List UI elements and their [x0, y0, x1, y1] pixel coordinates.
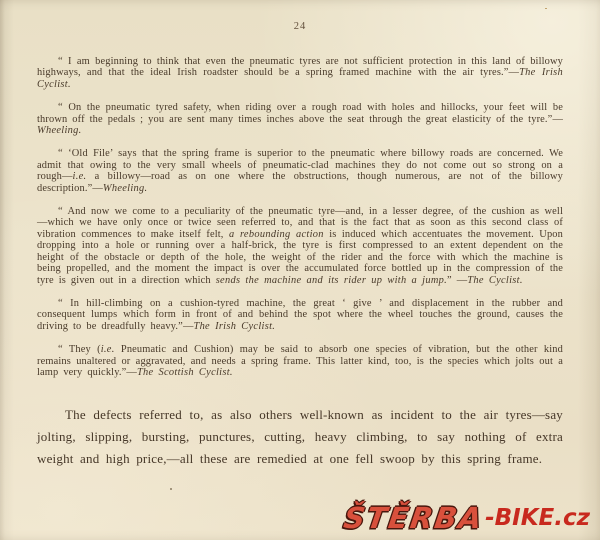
quote-paragraph: “ They (i.e. Pneumatic and Cushion) may … — [37, 344, 563, 378]
page-number: 24 — [37, 0, 563, 32]
watermark-brand-text: ŠTĚRBA — [341, 501, 485, 535]
quote-paragraph: “ I am beginning to think that even the … — [37, 56, 563, 90]
scanned-page: 24 “ I am beginning to think that even t… — [0, 0, 600, 540]
quote-paragraph: “ And now we come to a peculiarity of th… — [37, 206, 563, 286]
paper-speck — [170, 488, 172, 490]
closing-paragraph: The defects referred to, as also others … — [37, 404, 563, 470]
quote-paragraph: “ ‘Old File’ says that the spring frame … — [37, 148, 563, 194]
watermark: ŠTĚRBA-BIKE.cz — [344, 501, 590, 535]
paper-speck — [545, 8, 547, 9]
watermark-suffix-text: -BIKE.cz — [485, 505, 590, 531]
quote-paragraph: “ In hill-climbing on a cushion-tyred ma… — [37, 298, 563, 332]
quote-paragraph: “ On the pneumatic tyred safety, when ri… — [37, 102, 563, 136]
page-body: 24 “ I am beginning to think that even t… — [0, 0, 600, 470]
